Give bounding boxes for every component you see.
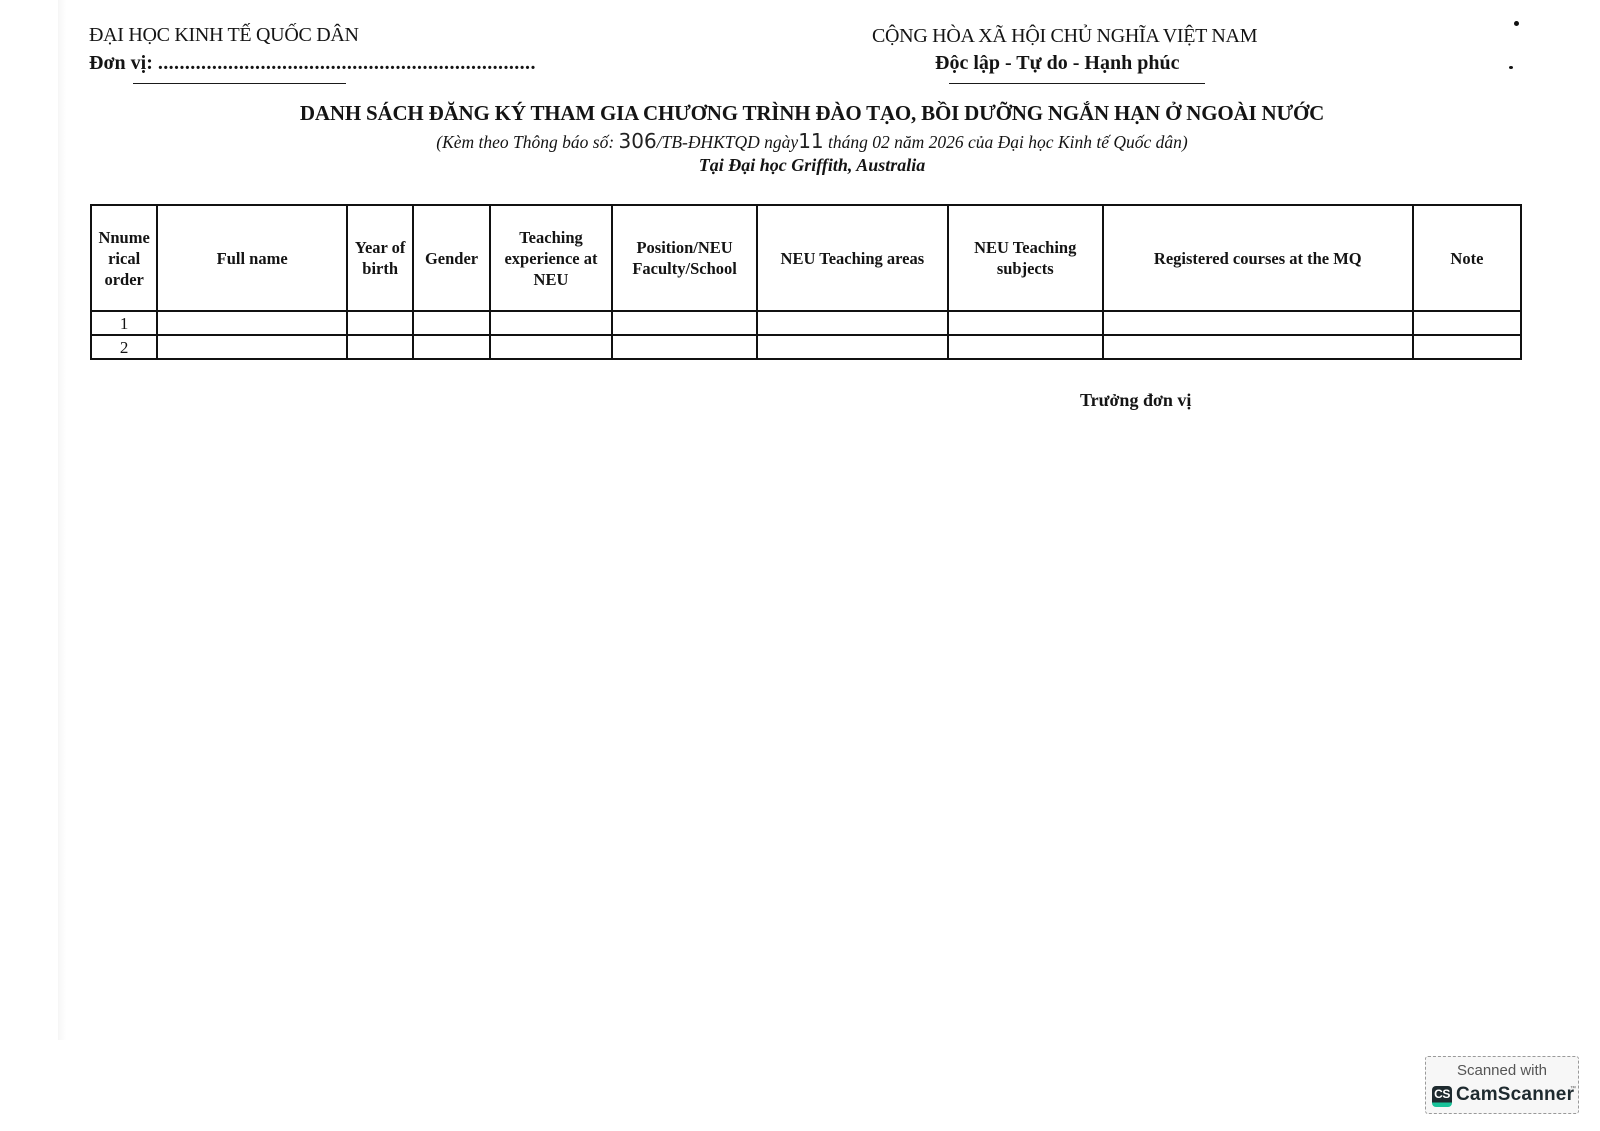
unit-field: Đơn vị: ................................… [89,52,536,75]
unit-value-placeholder: ........................................… [158,52,536,74]
program-location: Tại Đại học Griffith, Australia [0,155,1600,176]
cell-registered-courses[interactable] [1103,311,1413,335]
cell-note[interactable] [1413,311,1521,335]
cell-teaching-experience[interactable] [490,335,612,359]
column-header-teaching-experience: Teaching experience at NEU [490,205,612,311]
column-header-order: Nnume rical order [91,205,157,311]
header-right-underline [949,83,1205,84]
subtitle-prefix: (Kèm theo Thông báo số: [436,132,618,152]
cell-teaching-subjects[interactable] [948,311,1103,335]
cell-gender[interactable] [413,335,489,359]
scan-speck [1509,66,1513,69]
unit-label: Đơn vị: [89,52,153,74]
scan-speck [1514,21,1519,26]
cell-position-faculty[interactable] [612,335,757,359]
column-header-registered-courses: Registered courses at the MQ [1103,205,1413,311]
table-header-row: Nnume rical order Full name Year of birt… [91,205,1521,311]
camscanner-watermark: Scanned with CS CamScanner ™ [1425,1056,1579,1114]
organization-name: ĐẠI HỌC KINH TẾ QUỐC DÂN [89,24,359,47]
column-header-year-of-birth: Year of birth [347,205,413,311]
cell-note[interactable] [1413,335,1521,359]
cell-gender[interactable] [413,311,489,335]
document-title: DANH SÁCH ĐĂNG KÝ THAM GIA CHƯƠNG TRÌNH … [0,101,1600,126]
watermark-brand: CamScanner [1456,1084,1574,1106]
header-left-underline [133,83,346,84]
cell-teaching-areas[interactable] [757,311,948,335]
document-subtitle: (Kèm theo Thông báo số: 306/TB-ĐHKTQD ng… [0,129,1600,153]
column-header-position-faculty: Position/NEU Faculty/School [612,205,757,311]
cell-order: 1 [91,311,157,335]
column-header-teaching-subjects: NEU Teaching subjects [948,205,1103,311]
trademark-symbol: ™ [1570,1086,1576,1092]
camscanner-logo-icon: CS [1432,1086,1452,1107]
registration-table: Nnume rical order Full name Year of birt… [90,204,1522,360]
nation-title: CỘNG HÒA XÃ HỘI CHỦ NGHĨA VIỆT NAM [872,25,1257,48]
handwritten-notice-number: 306 [619,129,657,153]
column-header-gender: Gender [413,205,489,311]
column-header-full-name: Full name [157,205,347,311]
cell-position-faculty[interactable] [612,311,757,335]
cell-full-name[interactable] [157,311,347,335]
handwritten-day: 11 [798,129,823,153]
subtitle-mid: /TB-ĐHKTQD ngày [657,132,798,152]
cell-year-of-birth[interactable] [347,335,413,359]
cell-registered-courses[interactable] [1103,335,1413,359]
column-header-teaching-areas: NEU Teaching areas [757,205,948,311]
cell-teaching-experience[interactable] [490,311,612,335]
cell-year-of-birth[interactable] [347,311,413,335]
cell-full-name[interactable] [157,335,347,359]
cell-order: 2 [91,335,157,359]
national-motto: Độc lập - Tự do - Hạnh phúc [935,52,1179,75]
column-header-note: Note [1413,205,1521,311]
subtitle-suffix: tháng 02 năm 2026 của Đại học Kinh tế Qu… [824,132,1188,152]
cell-teaching-subjects[interactable] [948,335,1103,359]
table-row: 2 [91,335,1521,359]
table-row: 1 [91,311,1521,335]
cell-teaching-areas[interactable] [757,335,948,359]
signature-label: Trưởng đơn vị [1080,390,1191,411]
watermark-caption: Scanned with [1426,1062,1578,1079]
